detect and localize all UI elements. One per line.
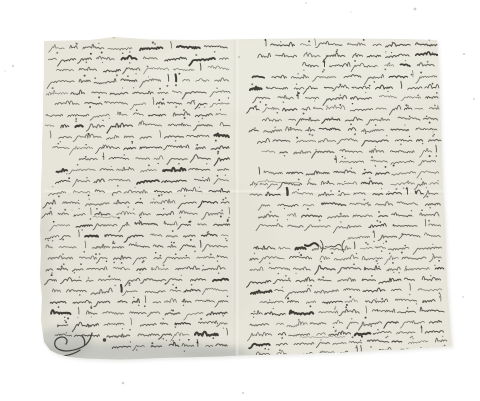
manuscript-svg: [0, 0, 480, 401]
manuscript-scan: [0, 0, 480, 401]
period-dot: [103, 338, 106, 341]
manuscript-page: [23, 30, 455, 367]
